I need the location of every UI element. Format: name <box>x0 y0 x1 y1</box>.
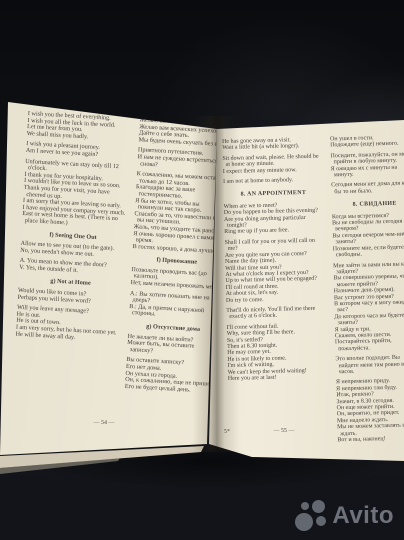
phrase-line: 8. СВИДАНИЕ <box>332 200 404 209</box>
book-spine-fold <box>192 116 240 452</box>
phrase-line: Вот и вы, наконец! <box>337 435 404 444</box>
right-page-russian-column: Он ушел в гости.Подождите (еще) немного.… <box>330 134 404 443</box>
phrase-line: Here you are at last! <box>228 373 328 382</box>
phrase-line: Позвоните мне, если будете свободны. <box>333 244 404 259</box>
right-page-text: He has gone away on a visit.Wait a littl… <box>222 134 404 446</box>
avito-wordmark: Avito <box>332 502 394 530</box>
left-page-english-column: I wish you the best of everything.I wish… <box>13 111 132 390</box>
phrase-line: Постарайтесь прийти, пожалуйста. <box>335 338 404 353</box>
phrase-line: Посидите, пожалуйста, он может прийти в … <box>330 151 404 166</box>
avito-watermark: Avito <box>295 500 394 532</box>
phrase-line: Это вполне подходит. Вы найдете меня там… <box>335 354 404 375</box>
left-page-number: — 54 — <box>58 419 150 427</box>
phrase-line: Сегодня меня нет дома для кого-бы то ни … <box>331 181 404 196</box>
phrase-line: Подождите (еще) немного. <box>330 141 404 150</box>
phrase-line: That'll do nicely. You'll find me there … <box>226 305 326 320</box>
phrase-line: Я ожидаю их с минуты на минуту. <box>331 164 404 179</box>
photo-scene: I wish you the best of everything.I wish… <box>0 0 404 540</box>
avito-logo-icon <box>295 500 327 532</box>
